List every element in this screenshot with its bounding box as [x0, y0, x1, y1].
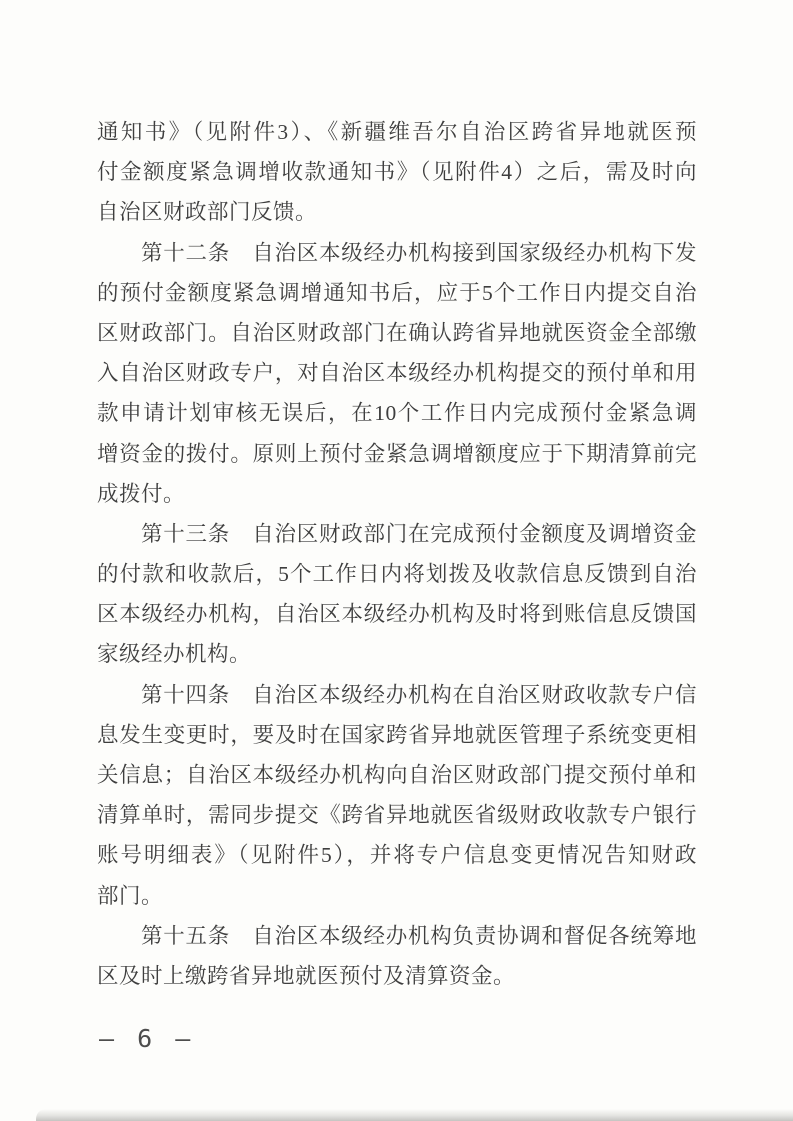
- text-line: 增资金的拨付。原则上预付金紧急调增额度应于下期清算前完: [97, 434, 697, 474]
- text-line: 第十二条 自治区本级经办机构接到国家级经办机构下发: [97, 233, 697, 273]
- text-line: 区财政部门。自治区财政部门在确认跨省异地就医资金全部缴: [97, 313, 697, 353]
- text-line: 的预付金额度紧急调增通知书后，应于5个工作日内提交自治: [97, 273, 697, 313]
- text-line: 区及时上缴跨省异地就医预付及清算资金。: [97, 956, 697, 996]
- document-page: 通知书》（见附件3）、《新疆维吾尔自治区跨省异地就医预付金额度紧急调增收款通知书…: [0, 0, 793, 1121]
- text-line: 第十四条 自治区本级经办机构在自治区财政收款专户信: [97, 675, 697, 715]
- text-line: 自治区财政部门反馈。: [97, 192, 697, 232]
- text-line: 家级经办机构。: [97, 634, 697, 674]
- text-line: 通知书》（见附件3）、《新疆维吾尔自治区跨省异地就医预: [97, 112, 697, 152]
- text-line: 部门。: [97, 876, 697, 916]
- text-line: 付金额度紧急调增收款通知书》（见附件4）之后，需及时向: [97, 152, 697, 192]
- text-line: 入自治区财政专户，对自治区本级经办机构提交的预付单和用: [97, 353, 697, 393]
- text-line: 清算单时，需同步提交《跨省异地就医省级财政收款专户银行: [97, 795, 697, 835]
- text-line: 成拨付。: [97, 474, 697, 514]
- text-line: 款申请计划审核无误后，在10个工作日内完成预付金紧急调: [97, 393, 697, 433]
- text-line: 第十三条 自治区财政部门在完成预付金额度及调增资金: [97, 514, 697, 554]
- text-line: 第十五条 自治区本级经办机构负责协调和督促各统筹地: [97, 916, 697, 956]
- text-line: 的付款和收款后，5个工作日内将划拨及收款信息反馈到自治: [97, 554, 697, 594]
- text-line: 账号明细表》（见附件5），并将专户信息变更情况告知财政: [97, 835, 697, 875]
- text-line: 息发生变更时，要及时在国家跨省异地就医管理子系统变更相: [97, 715, 697, 755]
- text-line: 区本级经办机构，自治区本级经办机构及时将到账信息反馈国: [97, 594, 697, 634]
- text-line: 关信息；自治区本级经办机构向自治区财政部门提交预付单和: [97, 755, 697, 795]
- scan-shadow-artifact: [36, 1109, 793, 1121]
- page-number: – 6 –: [99, 1026, 194, 1052]
- document-body: 通知书》（见附件3）、《新疆维吾尔自治区跨省异地就医预付金额度紧急调增收款通知书…: [97, 112, 697, 996]
